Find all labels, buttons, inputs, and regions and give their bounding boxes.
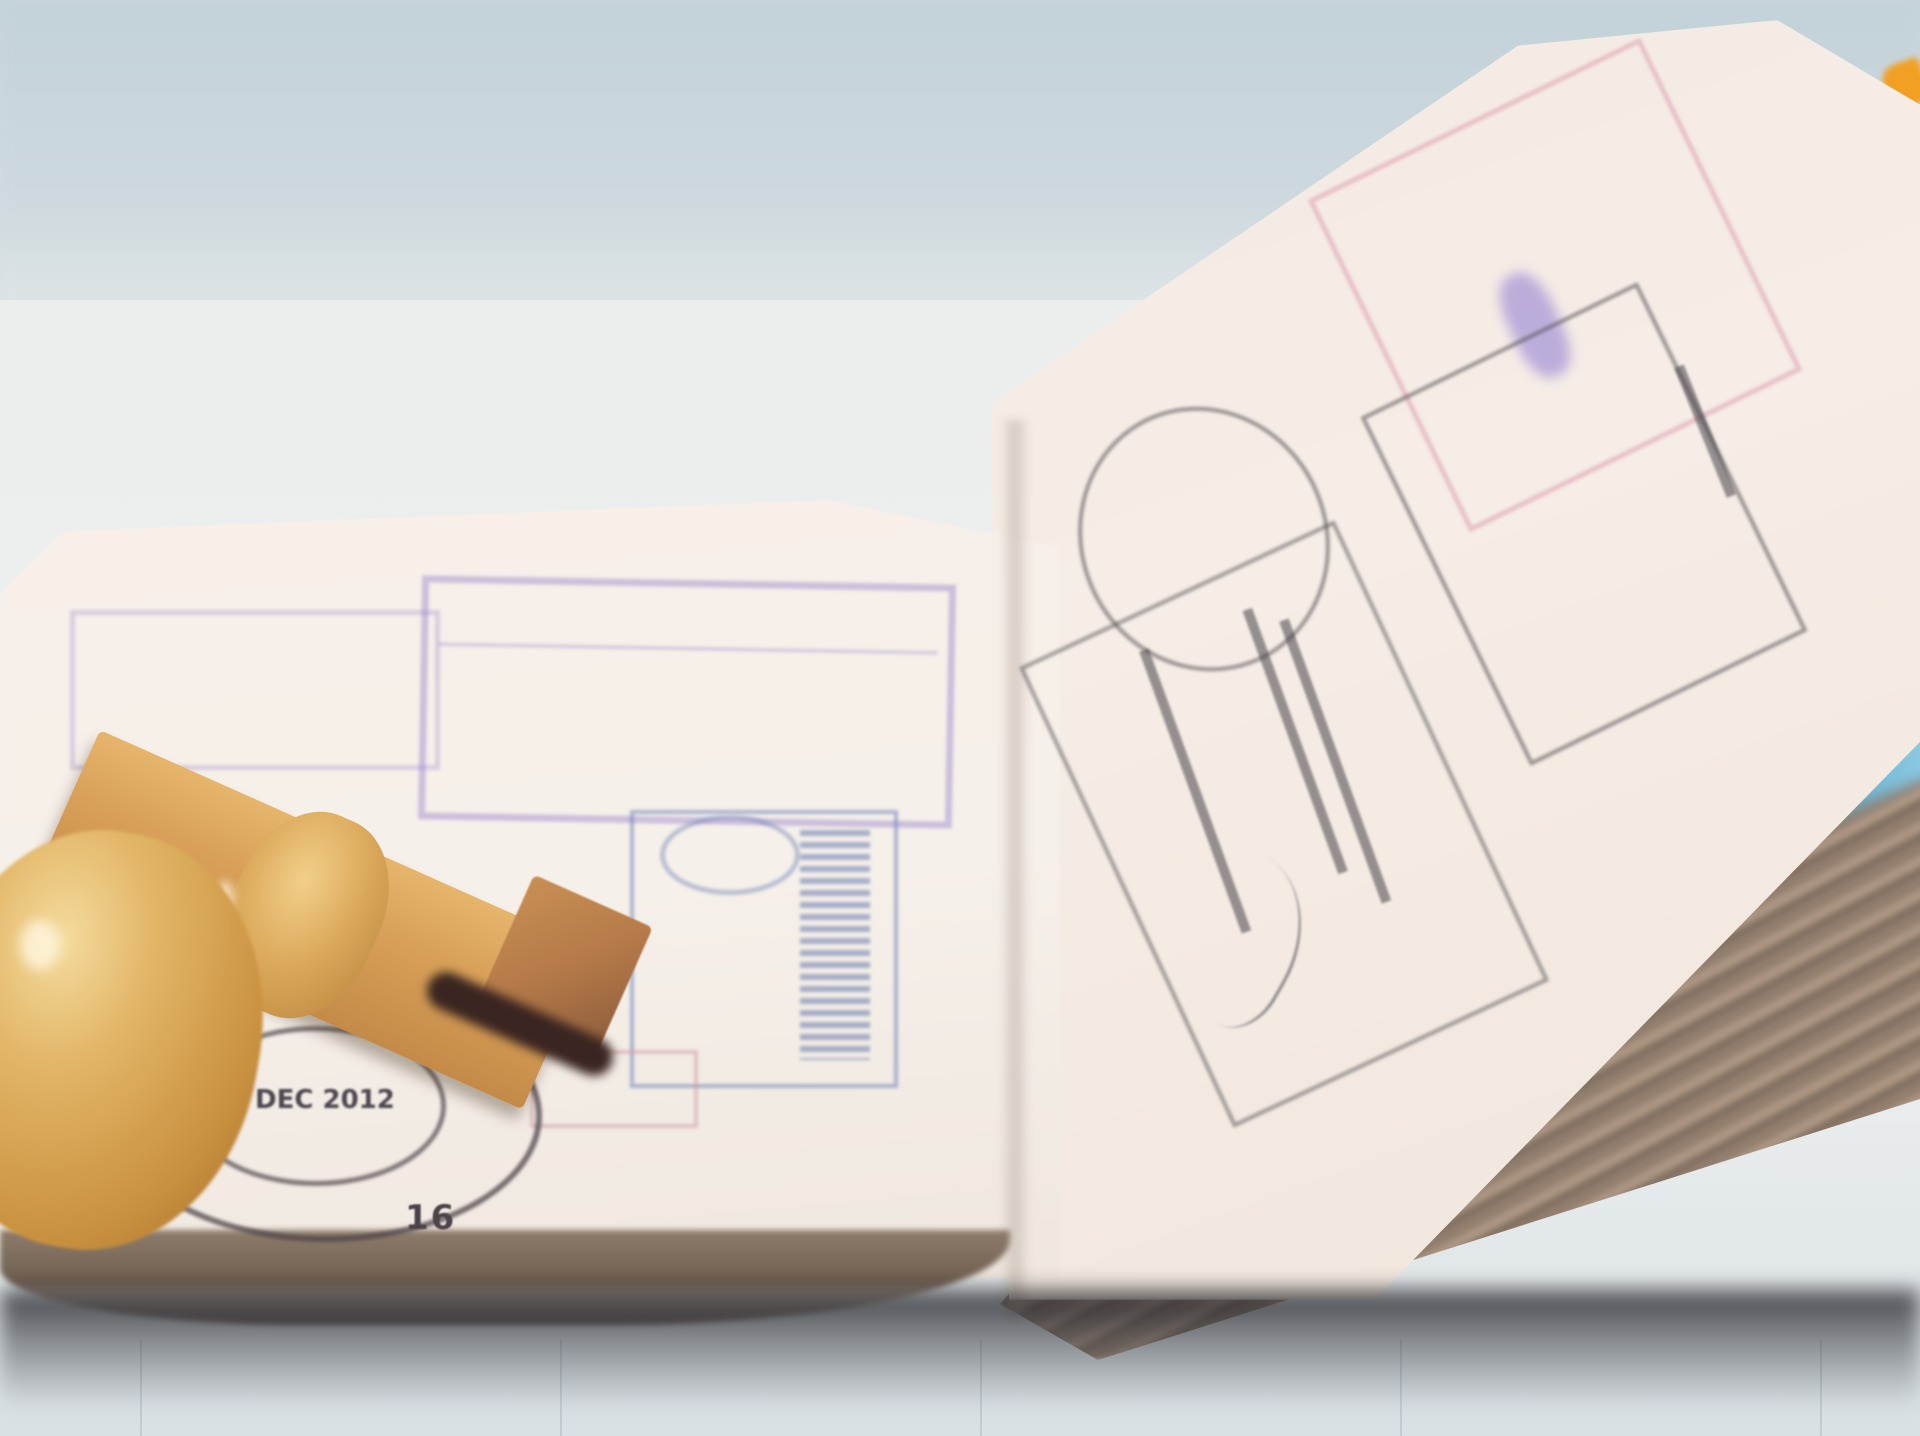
stamp-blue-text [800, 830, 870, 1060]
stamp-center-text: DEC 2012 [255, 1085, 395, 1115]
stamp-purple-rectangle [418, 575, 956, 828]
stamp-pink-rectangle [530, 1050, 698, 1128]
photo-scene: PALIA DEC 2012 16 [0, 0, 1920, 1436]
stamp-number: 16 [405, 1198, 456, 1238]
knob-highlight [20, 920, 60, 970]
stamp-blue-oval [660, 815, 800, 895]
passport-gutter [1000, 420, 1030, 1320]
passport-shadow [0, 1290, 1920, 1410]
